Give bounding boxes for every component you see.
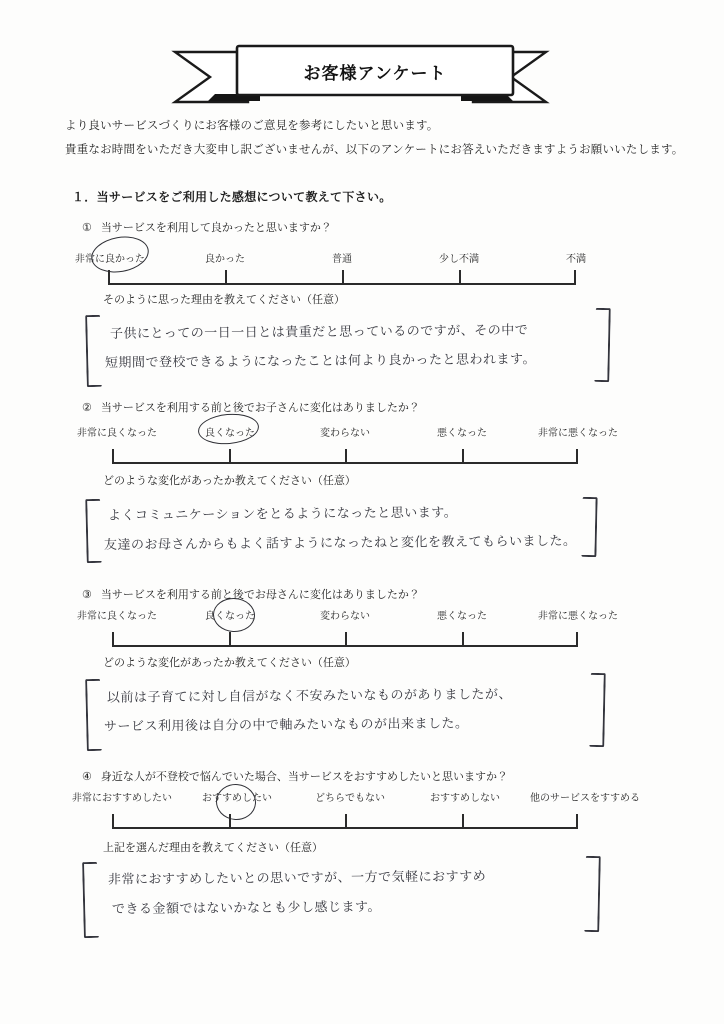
handwritten-bracket-left [85,499,102,563]
handwritten-answer-line: 以前は子育てに対し自信がなく不安みたいなものがありましたが、 [107,683,512,706]
scale-tick [462,814,464,827]
scale-tick [229,449,231,462]
rating-option-label: 良かった [205,250,245,265]
survey-page: お客様アンケート より良いサービスづくりにお客様のご意見を参考にしたいと思います… [0,0,724,1024]
question-text: 当サービスを利用して良かったと思いますか？ [101,222,332,234]
question-text: 身近な人が不登校で悩んでいた場合、当サービスをおすすめしたいと思いますか？ [101,771,508,783]
scale-tick [225,270,227,283]
rating-option-label: 非常に良くなった [77,424,157,439]
scale-tick [574,270,576,283]
rating-scale [112,812,578,829]
scale-tick [462,632,464,645]
question-text: 当サービスを利用する前と後でお子さんに変化はありましたか？ [101,402,420,414]
handwritten-bracket-right [589,673,606,747]
question-number: ② [82,402,92,414]
rating-option-label: 悪くなった [437,424,487,439]
scale-tick [112,632,114,645]
section-heading: １．当サービスをご利用した感想について教えて下さい。 [72,188,392,205]
scale-tick [576,632,578,645]
handwritten-answer-line: できる金額ではないかなとも少し感じます。 [112,896,381,917]
page-title: お客様アンケート [237,46,513,96]
handwritten-answer-line: サービス利用後は自分の中で軸みたいなものが出来ました。 [104,712,469,734]
handwritten-answer-line: よくコミュニケーションをとるようになったと思います。 [108,501,457,523]
scale-tick [459,270,461,283]
selection-circle [197,411,260,446]
rating-option-label: どちらでもない [315,789,385,804]
scale-tick [345,632,347,645]
scale-tick [342,270,344,283]
handwritten-answer-line: 短期間で登校できるようになったことは何より良かったと思われます。 [105,348,536,371]
scale-tick [229,632,231,645]
handwritten-answer-line: 子供にとっての一日一日とは貴重だと思っているのですが、その中で [110,319,528,342]
handwritten-bracket-right [581,497,597,557]
rating-option-label: 普通 [332,250,352,265]
rating-scale [112,447,578,464]
intro-line-2: 貴重なお時間をいただき大変申し訳ございませんが、以下のアンケートにお答えいただき… [65,141,683,157]
reason-prompt: どのような変化があったか教えてください（任意） [103,654,356,670]
reason-prompt: 上記を選んだ理由を教えてください（任意） [103,839,323,855]
rating-option-label: 不満 [566,250,586,265]
question-line: ③当サービスを利用する前と後でお母さんに変化はありましたか？ [82,586,420,602]
scale-tick [576,449,578,462]
scale-tick [108,270,110,283]
rating-option-label: 他のサービスをすすめる [530,789,640,804]
question-number: ① [82,222,92,234]
scale-tick [462,449,464,462]
rating-option-label: 変わらない [320,424,370,439]
rating-scale [112,630,578,647]
rating-option-label: 変わらない [320,607,370,622]
scale-tick [112,449,114,462]
handwritten-bracket-right [594,308,611,382]
scale-tick [112,814,114,827]
handwritten-bracket-left [85,679,102,751]
rating-option-label: 非常に悪くなった [538,607,618,622]
scale-tick [345,449,347,462]
selection-circle [212,597,256,633]
question-line: ①当サービスを利用して良かったと思いますか？ [82,219,332,235]
question-line: ②当サービスを利用する前と後でお子さんに変化はありましたか？ [82,399,420,415]
rating-option-label: 非常におすすめしたい [72,789,172,804]
handwritten-bracket-left [82,862,99,938]
reason-prompt: そのように思った理由を教えてください（任意） [103,291,345,307]
rating-option-label: 非常に悪くなった [538,424,618,439]
scale-tick [229,814,231,827]
rating-option-label: 少し不満 [439,250,479,265]
question-number: ④ [82,771,92,783]
handwritten-bracket-left [85,315,102,387]
rating-option-label: 非常に良くなった [77,607,157,622]
question-text: 当サービスを利用する前と後でお母さんに変化はありましたか？ [101,589,420,601]
rating-option-label: 悪くなった [437,607,487,622]
rating-scale [108,268,576,285]
reason-prompt: どのような変化があったか教えてください（任意） [103,472,356,488]
handwritten-answer-line: 友達のお母さんからもよく話すようになったねと変化を教えてもらいました。 [104,530,577,553]
scale-tick [345,814,347,827]
question-line: ④身近な人が不登校で悩んでいた場合、当サービスをおすすめしたいと思いますか？ [82,768,508,784]
question-number: ③ [82,589,92,601]
scale-tick [576,814,578,827]
handwritten-bracket-right [584,856,601,932]
rating-option-label: おすすめしない [430,789,500,804]
intro-line-1: より良いサービスづくりにお客様のご意見を参考にしたいと思います。 [65,117,438,133]
handwritten-answer-line: 非常におすすめしたいとの思いですが、一方で気軽におすすめ [108,865,486,887]
